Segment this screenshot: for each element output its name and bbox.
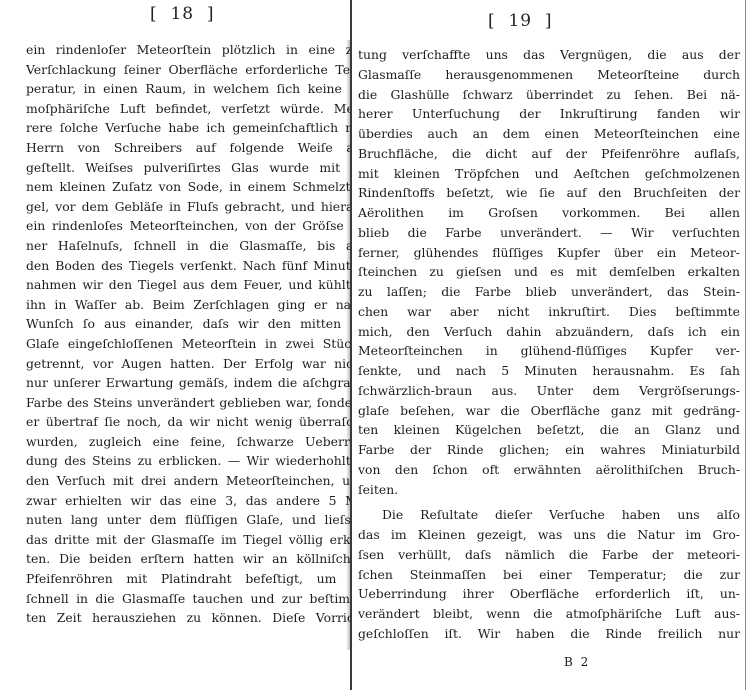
text-line: ein rindenloſer Meteorſtein plötzlich in… [26,40,350,60]
text-line: Pfeifenröhren mit Platindraht befeſtigt,… [26,569,350,589]
text-line: moſphäriſche Luft befindet, verſetzt wür… [26,99,350,119]
text-line: Ueberrindung ihrer Oberfläche erforderli… [358,584,740,604]
text-line: Wunſch ſo aus einander, daſs wir den mit… [26,314,350,334]
scan-right-border [745,0,746,690]
text-line: nahmen wir den Tiegel aus dem Feuer, und… [26,275,350,295]
text-line: dung des Steins zu erblicken. — Wir wied… [26,451,350,471]
text-line: ten Zeit herausziehen zu können. Dieſe V… [26,608,350,628]
text-line: Rindenſtoffs beſetzt, wie ſie auf den Br… [358,183,740,203]
paragraph-end-line: ſeiten. [358,480,740,500]
left-page: [ 18 ] ein rindenloſer Meteorſtein plötz… [0,0,350,690]
text-line: rere ſolche Verſuche habe ich gemeinſcha… [26,118,350,138]
text-line: nur unſerer Erwartung gemäſs, indem die … [26,373,350,393]
text-line: zu laſſen; die Farbe blieb unverändert, … [358,282,740,302]
text-line: mich, den Verſuch dahin abzuändern, daſs… [358,322,740,342]
text-line: ſchnell in die Glasmaſſe tauchen und zur… [26,589,350,609]
text-line: ferner, glühendes flüſſiges Kupfer über … [358,243,740,263]
text-line: ten kleinen Kügelchen beſetzt, die an Gl… [358,420,740,440]
text-line: tung verſchaffte uns das Vergnügen, die … [358,45,740,65]
signature-mark: B 2 [564,655,590,669]
text-line: von den ſchon oft erwähnten aërolithiſch… [358,460,740,480]
text-line: ſenkte, und nach 5 Minuten herausnahm. E… [358,361,740,381]
right-page: [ 19 ] tung verſchaffte uns das Vergnüge… [352,0,745,690]
text-line: glaſe beſehen, war die Oberfläche ganz m… [358,401,740,421]
text-line: Verſchlackung ſeiner Oberfläche erforder… [26,60,350,80]
text-line: ſchwärzlich-braun aus. Unter dem Vergröſ… [358,381,740,401]
text-line: Farbe der Rinde glichen; ein wahres Mini… [358,440,740,460]
text-line: geſchloſſen iſt. Wir haben die Rinde fre… [358,624,740,644]
text-line: er übertraf ſie noch, da wir nicht wenig… [26,412,350,432]
text-line: mit kleinen Tröpfchen und Aeſtchen geſch… [358,164,740,184]
text-line: getrennt, vor Augen hatten. Der Erfolg w… [26,354,350,374]
text-line: Bruchfläche, die dicht auf der Pfeifenrö… [358,144,740,164]
text-line: verändert bleibt, wenn die atmoſphäriſch… [358,604,740,624]
text-line: Glaſe eingeſchloſſenen Meteorſtein in zw… [26,334,350,354]
right-page-text: tung verſchaffte uns das Vergnügen, die … [358,45,740,644]
text-line: nem kleinen Zuſatz von Sode, in einem Sc… [26,177,350,197]
text-line: Glasmaſſe herausgenommenen Meteorſteine … [358,65,740,85]
text-line: ner Haſelnuſs, ſchnell in die Glasmaſſe,… [26,236,350,256]
text-line: gel, vor dem Gebläſe in Fluſs gebracht, … [26,197,350,217]
text-line: Herrn von Schreibers auf folgende Weiſe … [26,138,350,158]
text-line: das dritte mit der Glasmaſſe im Tiegel v… [26,530,350,550]
text-line: ſchen Steinmaſſen bei einer Temperatur; … [358,565,740,585]
text-line: geſtellt. Weiſses pulveriſirtes Glas wur… [26,158,350,178]
text-line: wurden, zugleich eine feine, ſchwarze Ue… [26,432,350,452]
paragraph-start-line: Die Reſultate dieſer Verſuche haben uns … [358,505,740,525]
text-line: blieb die Farbe unverändert. — Wir verſu… [358,223,740,243]
text-line: zwar erhielten wir das eine 3, das ander… [26,491,350,511]
text-line: ein rindenloſes Meteorſteinchen, von der… [26,216,350,236]
text-line: das im Kleinen gezeigt, was uns die Natu… [358,525,740,545]
text-line: ſteinchen zu gieſsen und es mit demſelbe… [358,262,740,282]
text-line: herer Unterſuchung der Inkruſtirung fand… [358,104,740,124]
text-line: die Glashülle ſchwarz überrindet zu ſehe… [358,85,740,105]
page-number-left: [ 18 ] [150,4,215,24]
text-line: Aërolithen im Groſsen vorkommen. Bei all… [358,203,740,223]
text-line: Meteorſteinchen in glühend-flüſſiges Kup… [358,341,740,361]
text-line: ten. Die beiden erſtern hatten wir an kö… [26,549,350,569]
text-line: peratur, in einen Raum, in welchem ſich … [26,79,350,99]
text-line: nuten lang unter dem flüſſigen Glaſe, un… [26,510,350,530]
left-page-text: ein rindenloſer Meteorſtein plötzlich in… [26,40,350,628]
text-line: den Boden des Tiegels verſenkt. Nach fün… [26,256,350,276]
text-line: Farbe des Steins unverändert geblieben w… [26,393,350,413]
text-line: ſsen verhüllt, daſs nämlich die Farbe de… [358,545,740,565]
text-line: überdies auch an dem einen Meteorſteinch… [358,124,740,144]
text-line: den Verſuch mit drei andern Meteorſteinc… [26,471,350,491]
text-line: chen war aber nicht inkruſtirt. Dies beſ… [358,302,740,322]
text-line: ihn in Waſſer ab. Beim Zerſchlagen ging … [26,295,350,315]
page-number-right: [ 19 ] [488,11,553,31]
